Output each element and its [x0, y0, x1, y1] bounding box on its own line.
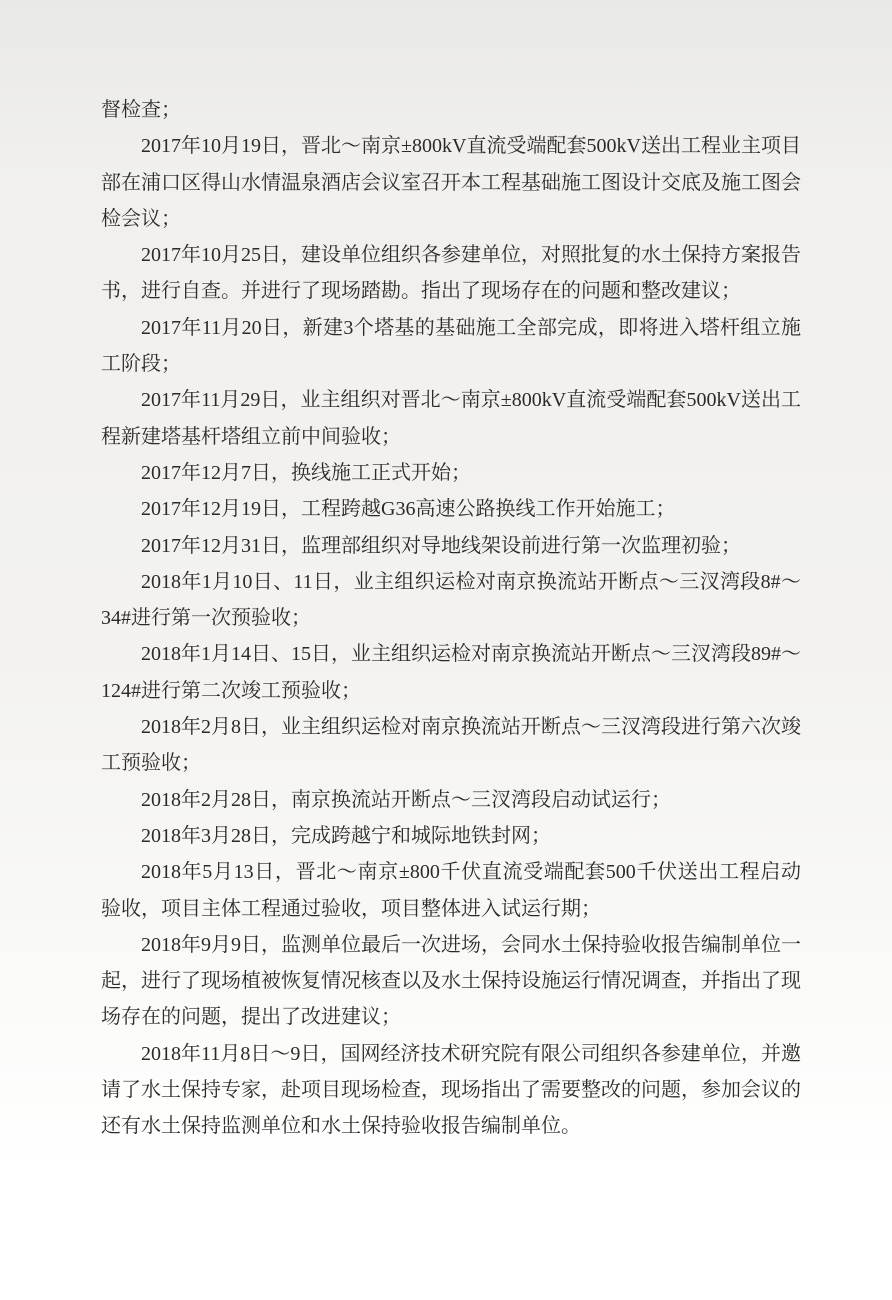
paragraph: 督检查； — [101, 92, 801, 128]
paragraph: 2017年12月7日，换线施工正式开始； — [101, 455, 801, 491]
paragraph: 2017年12月31日，监理部组织对导地线架设前进行第一次监理初验； — [101, 528, 801, 564]
paragraph: 2017年10月19日，晋北～南京±800kV直流受端配套500kV送出工程业主… — [101, 128, 801, 237]
paragraph: 2018年11月8日～9日，国网经济技术研究院有限公司组织各参建单位，并邀请了水… — [101, 1036, 801, 1145]
document-body: 督检查；2017年10月19日，晋北～南京±800kV直流受端配套500kV送出… — [101, 92, 801, 1145]
paragraph: 2018年9月9日，监测单位最后一次进场，会同水土保持验收报告编制单位一起，进行… — [101, 927, 801, 1036]
paragraph: 2018年3月28日，完成跨越宁和城际地铁封网； — [101, 818, 801, 854]
paragraph: 2018年1月10日、11日，业主组织运检对南京换流站开断点～三汊湾段8#～34… — [101, 564, 801, 637]
paragraph: 2017年12月19日，工程跨越G36高速公路换线工作开始施工； — [101, 491, 801, 527]
paragraph: 2017年10月25日，建设单位组织各参建单位，对照批复的水土保持方案报告书，进… — [101, 237, 801, 310]
paragraph: 2017年11月20日，新建3个塔基的基础施工全部完成，即将进入塔杆组立施工阶段… — [101, 310, 801, 383]
paragraph: 2018年1月14日、15日，业主组织运检对南京换流站开断点～三汊湾段89#～1… — [101, 636, 801, 709]
paragraph: 2018年5月13日，晋北～南京±800千伏直流受端配套500千伏送出工程启动验… — [101, 854, 801, 927]
paragraph: 2018年2月8日，业主组织运检对南京换流站开断点～三汊湾段进行第六次竣工预验收… — [101, 709, 801, 782]
paragraph: 2018年2月28日，南京换流站开断点～三汊湾段启动试运行； — [101, 782, 801, 818]
paragraph: 2017年11月29日，业主组织对晋北～南京±800kV直流受端配套500kV送… — [101, 382, 801, 455]
